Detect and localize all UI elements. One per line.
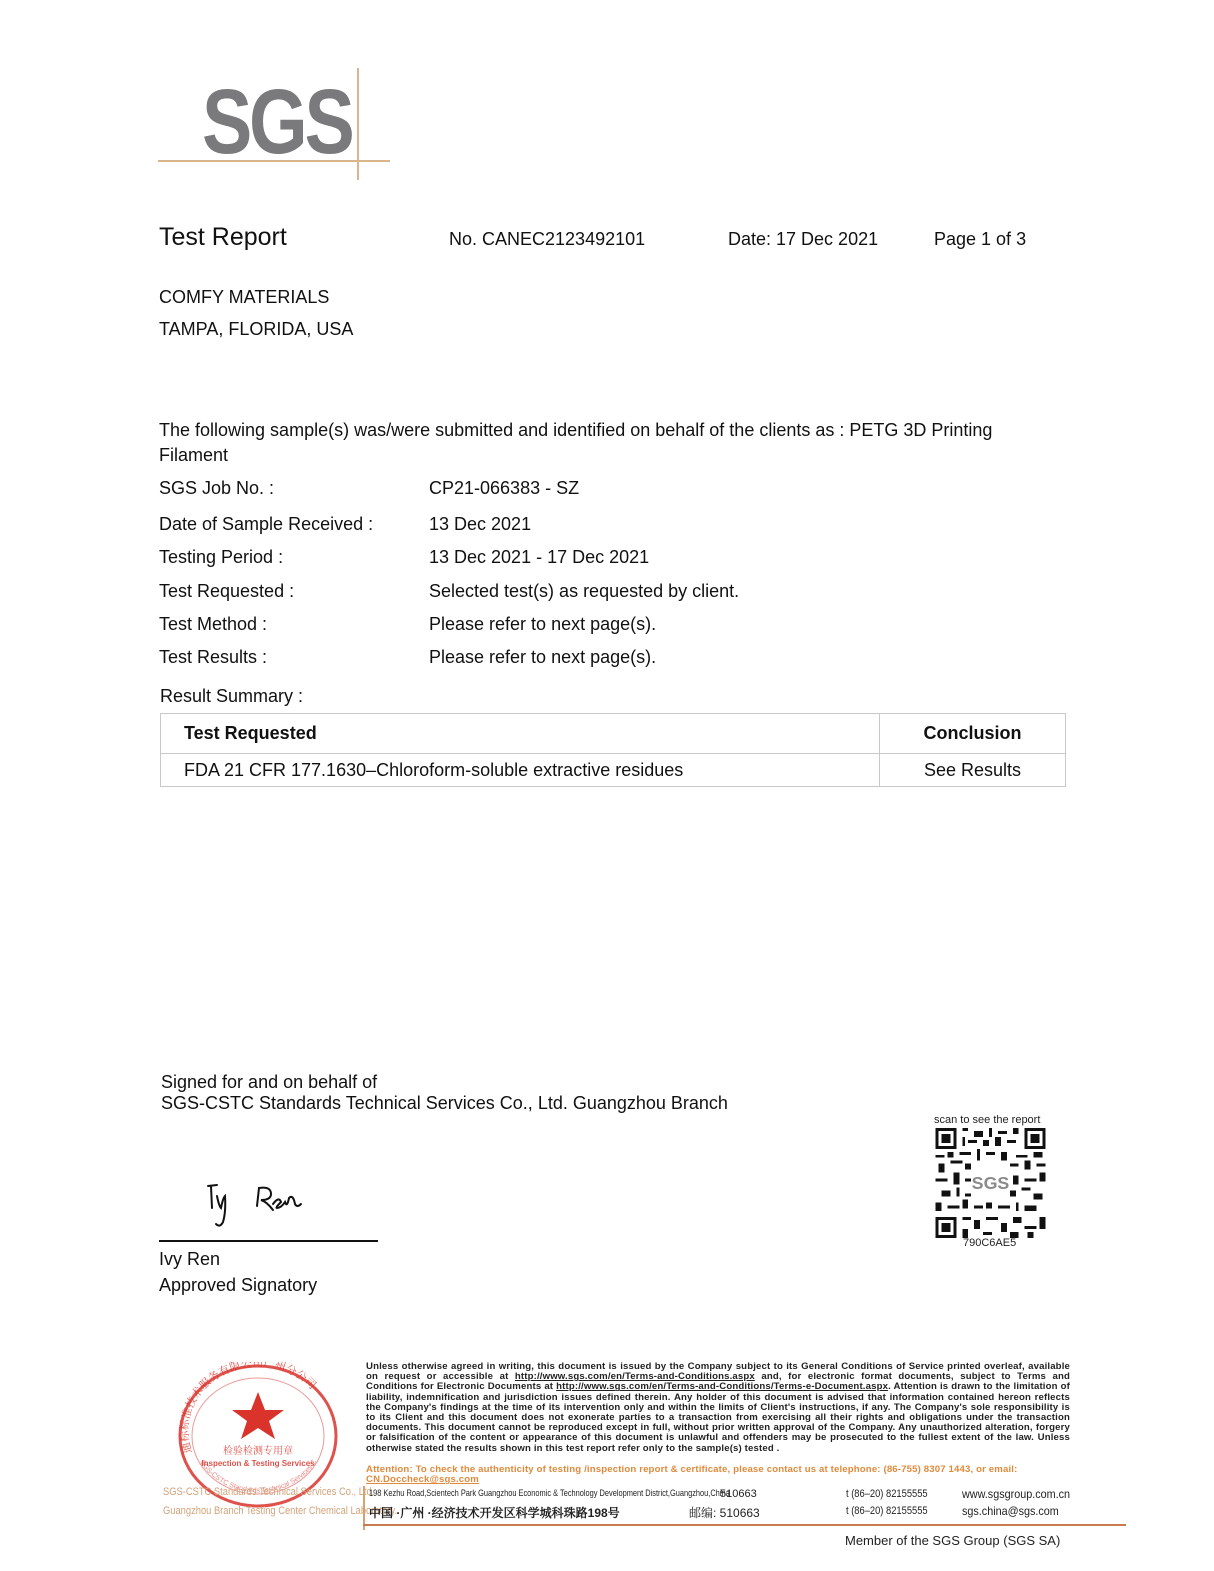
report-number: No. CANEC2123492101	[449, 229, 645, 250]
signer-name: Ivy Ren	[159, 1246, 317, 1272]
address-english: 198 Kezhu Road,Scientech Park Guangzhou …	[369, 1488, 730, 1499]
logo-vertical-rule	[357, 68, 359, 180]
field-value: 13 Dec 2021 - 17 Dec 2021	[429, 547, 649, 568]
svg-text:检验检测专用章: 检验检测专用章	[223, 1444, 293, 1457]
authenticity-notice: Attention: To check the authenticity of …	[366, 1465, 1070, 1485]
signer-title: Approved Signatory	[159, 1272, 317, 1298]
field-label: Test Method :	[159, 614, 267, 635]
field-value: Please refer to next page(s).	[429, 647, 656, 668]
signer-block: Ivy Ren Approved Signatory	[159, 1246, 317, 1298]
stamp-company-line: SGS-CSTC Standards Technical Services Co…	[163, 1486, 374, 1498]
svg-text:Inspection & Testing Services: Inspection & Testing Services	[201, 1459, 315, 1468]
star-icon	[232, 1392, 284, 1439]
qr-center-label: SGS	[972, 1173, 1010, 1193]
sgs-group-membership: Member of the SGS Group (SGS SA)	[845, 1533, 1060, 1548]
cell-conclusion: See Results	[880, 754, 1066, 787]
logo-horizontal-rule	[158, 160, 390, 162]
field-value: CP21-066383 - SZ	[429, 478, 579, 499]
qr-verification-code: 790C6AE5	[963, 1237, 1016, 1249]
website-link[interactable]: www.sgsgroup.com.cn	[962, 1487, 1070, 1501]
signed-line-2: SGS-CSTC Standards Technical Services Co…	[161, 1093, 728, 1114]
field-value: Please refer to next page(s).	[429, 614, 656, 635]
page-title: Test Report	[159, 223, 287, 252]
signed-line-1: Signed for and on behalf of	[161, 1072, 728, 1093]
signature-line	[159, 1240, 378, 1242]
report-date: Date: 17 Dec 2021	[728, 229, 878, 250]
svg-text:通标标准技术服务有限公司广州分公司: 通标标准技术服务有限公司广州分公司	[177, 1362, 319, 1455]
telephone-2: t (86–20) 82155555	[846, 1505, 928, 1517]
field-label: Date of Sample Received :	[159, 514, 373, 535]
field-label: SGS Job No. :	[159, 478, 274, 499]
result-summary-table: Test Requested Conclusion FDA 21 CFR 177…	[160, 713, 1066, 787]
handwritten-signature	[205, 1178, 305, 1238]
client-name: COMFY MATERIALS	[159, 281, 353, 313]
telephone-1: t (86–20) 82155555	[846, 1488, 928, 1500]
column-header-conclusion: Conclusion	[880, 714, 1066, 754]
table-header-row: Test Requested Conclusion	[161, 714, 1066, 754]
client-block: COMFY MATERIALS TAMPA, FLORIDA, USA	[159, 281, 353, 345]
qr-caption: scan to see the report	[934, 1114, 1040, 1126]
page-indicator: Page 1 of 3	[934, 229, 1026, 250]
table-row: FDA 21 CFR 177.1630–Chloroform-soluble e…	[161, 754, 1066, 787]
contact-email-link[interactable]: sgs.china@sgs.com	[962, 1504, 1059, 1518]
footer-rule	[363, 1524, 1126, 1526]
sgs-logo: SGS	[158, 68, 390, 180]
field-label: Test Results :	[159, 647, 267, 668]
column-header-test-requested: Test Requested	[161, 714, 880, 754]
field-label: Testing Period :	[159, 547, 283, 568]
field-label: Test Requested :	[159, 581, 294, 602]
client-location: TAMPA, FLORIDA, USA	[159, 313, 353, 345]
address-chinese-zip: 邮编: 510663	[689, 1504, 760, 1521]
legal-disclaimer: Unless otherwise agreed in writing, this…	[366, 1362, 1070, 1454]
sample-intro: The following sample(s) was/were submitt…	[159, 418, 1039, 468]
field-value: Selected test(s) as requested by client.	[429, 581, 739, 602]
field-value: 13 Dec 2021	[429, 514, 531, 535]
qr-code-icon[interactable]: SGS	[935, 1128, 1046, 1238]
logo-text: SGS	[202, 76, 351, 168]
result-summary-label: Result Summary :	[160, 686, 303, 707]
address-chinese: 中国 ·广州 ·经济技术开发区科学城科珠路198号	[369, 1504, 620, 1521]
cell-test-requested: FDA 21 CFR 177.1630–Chloroform-soluble e…	[161, 754, 880, 787]
legal-text-c: . Attention is drawn to the limitation o…	[366, 1381, 1070, 1453]
signed-on-behalf: Signed for and on behalf of SGS-CSTC Sta…	[161, 1072, 728, 1114]
doccheck-email-link[interactable]: CN.Doccheck@sgs.com	[366, 1474, 479, 1485]
address-english-zip: 510663	[720, 1488, 757, 1500]
stamp-lab-line: Guangzhou Branch Testing Center Chemical…	[163, 1505, 397, 1517]
